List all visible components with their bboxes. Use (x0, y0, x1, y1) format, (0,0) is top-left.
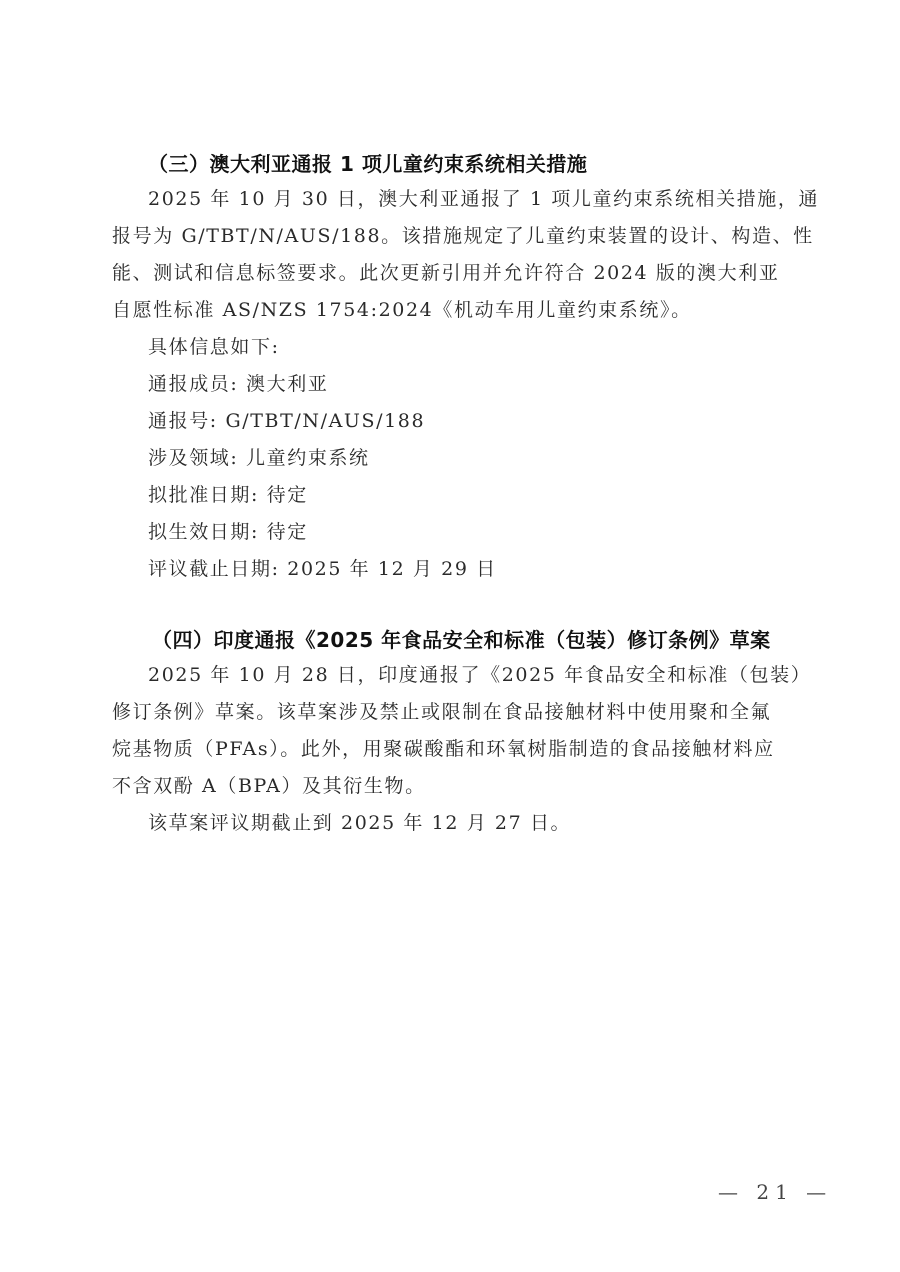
info-label: 通报号: (148, 410, 218, 432)
section-3-heading: （三）澳大利亚通报 1 项儿童约束系统相关措施 (148, 148, 587, 177)
comment-deadline-line: 该草案评议期截止到 2025 年 12 月 27 日。 (148, 808, 571, 835)
info-row-notification-number: 通报号: G/TBT/N/AUS/188 (148, 406, 425, 433)
section-3-paragraph-line: 报号为 G/TBT/N/AUS/188。该措施规定了儿童约束装置的设计、构造、性 (112, 221, 814, 248)
page-number: — 21 — (718, 1180, 832, 1204)
section-3-paragraph-line: 自愿性标准 AS/NZS 1754:2024《机动车用儿童约束系统》。 (112, 295, 692, 322)
info-row-approval-date: 拟批准日期: 待定 (148, 480, 308, 507)
info-row-effective-date: 拟生效日期: 待定 (148, 517, 308, 544)
info-label: 拟生效日期: (148, 521, 259, 543)
info-value: G/TBT/N/AUS/188 (225, 410, 425, 432)
info-row-field: 涉及领域: 儿童约束系统 (148, 443, 370, 470)
info-value: 待定 (267, 521, 308, 543)
info-label: 拟批准日期: (148, 484, 259, 506)
info-value: 儿童约束系统 (246, 447, 370, 469)
section-4-paragraph-line: 不含双酚 A（BPA）及其衍生物。 (112, 771, 426, 798)
info-label: 通报成员: (148, 373, 238, 395)
section-4-paragraph-line: 烷基物质（PFAs）。此外，用聚碳酸酯和环氧树脂制造的食品接触材料应 (112, 734, 775, 761)
section-3-paragraph-line: 2025 年 10 月 30 日，澳大利亚通报了 1 项儿童约束系统相关措施，通 (148, 184, 819, 211)
info-label: 涉及领域: (148, 447, 238, 469)
info-value: 待定 (267, 484, 308, 506)
info-label: 评议截止日期: (148, 558, 280, 580)
section-4-paragraph-line: 修订条例》草案。该草案涉及禁止或限制在食品接触材料中使用聚和全氟 (112, 697, 771, 724)
info-row-comment-deadline: 评议截止日期: 2025 年 12 月 29 日 (148, 554, 497, 581)
info-row-notifying-member: 通报成员: 澳大利亚 (148, 369, 328, 396)
section-4-paragraph-line: 2025 年 10 月 28 日，印度通报了《2025 年食品安全和标准（包装） (148, 660, 811, 687)
section-4-heading: （四）印度通报《2025 年食品安全和标准（包装）修订条例》草案 (152, 624, 771, 653)
info-intro: 具体信息如下: (148, 332, 280, 359)
section-3-paragraph-line: 能、测试和信息标签要求。此次更新引用并允许符合 2024 版的澳大利亚 (112, 258, 779, 285)
document-page: （三）澳大利亚通报 1 项儿童约束系统相关措施 2025 年 10 月 30 日… (0, 0, 900, 1272)
info-value: 澳大利亚 (246, 373, 328, 395)
info-value: 2025 年 12 月 29 日 (287, 558, 497, 580)
